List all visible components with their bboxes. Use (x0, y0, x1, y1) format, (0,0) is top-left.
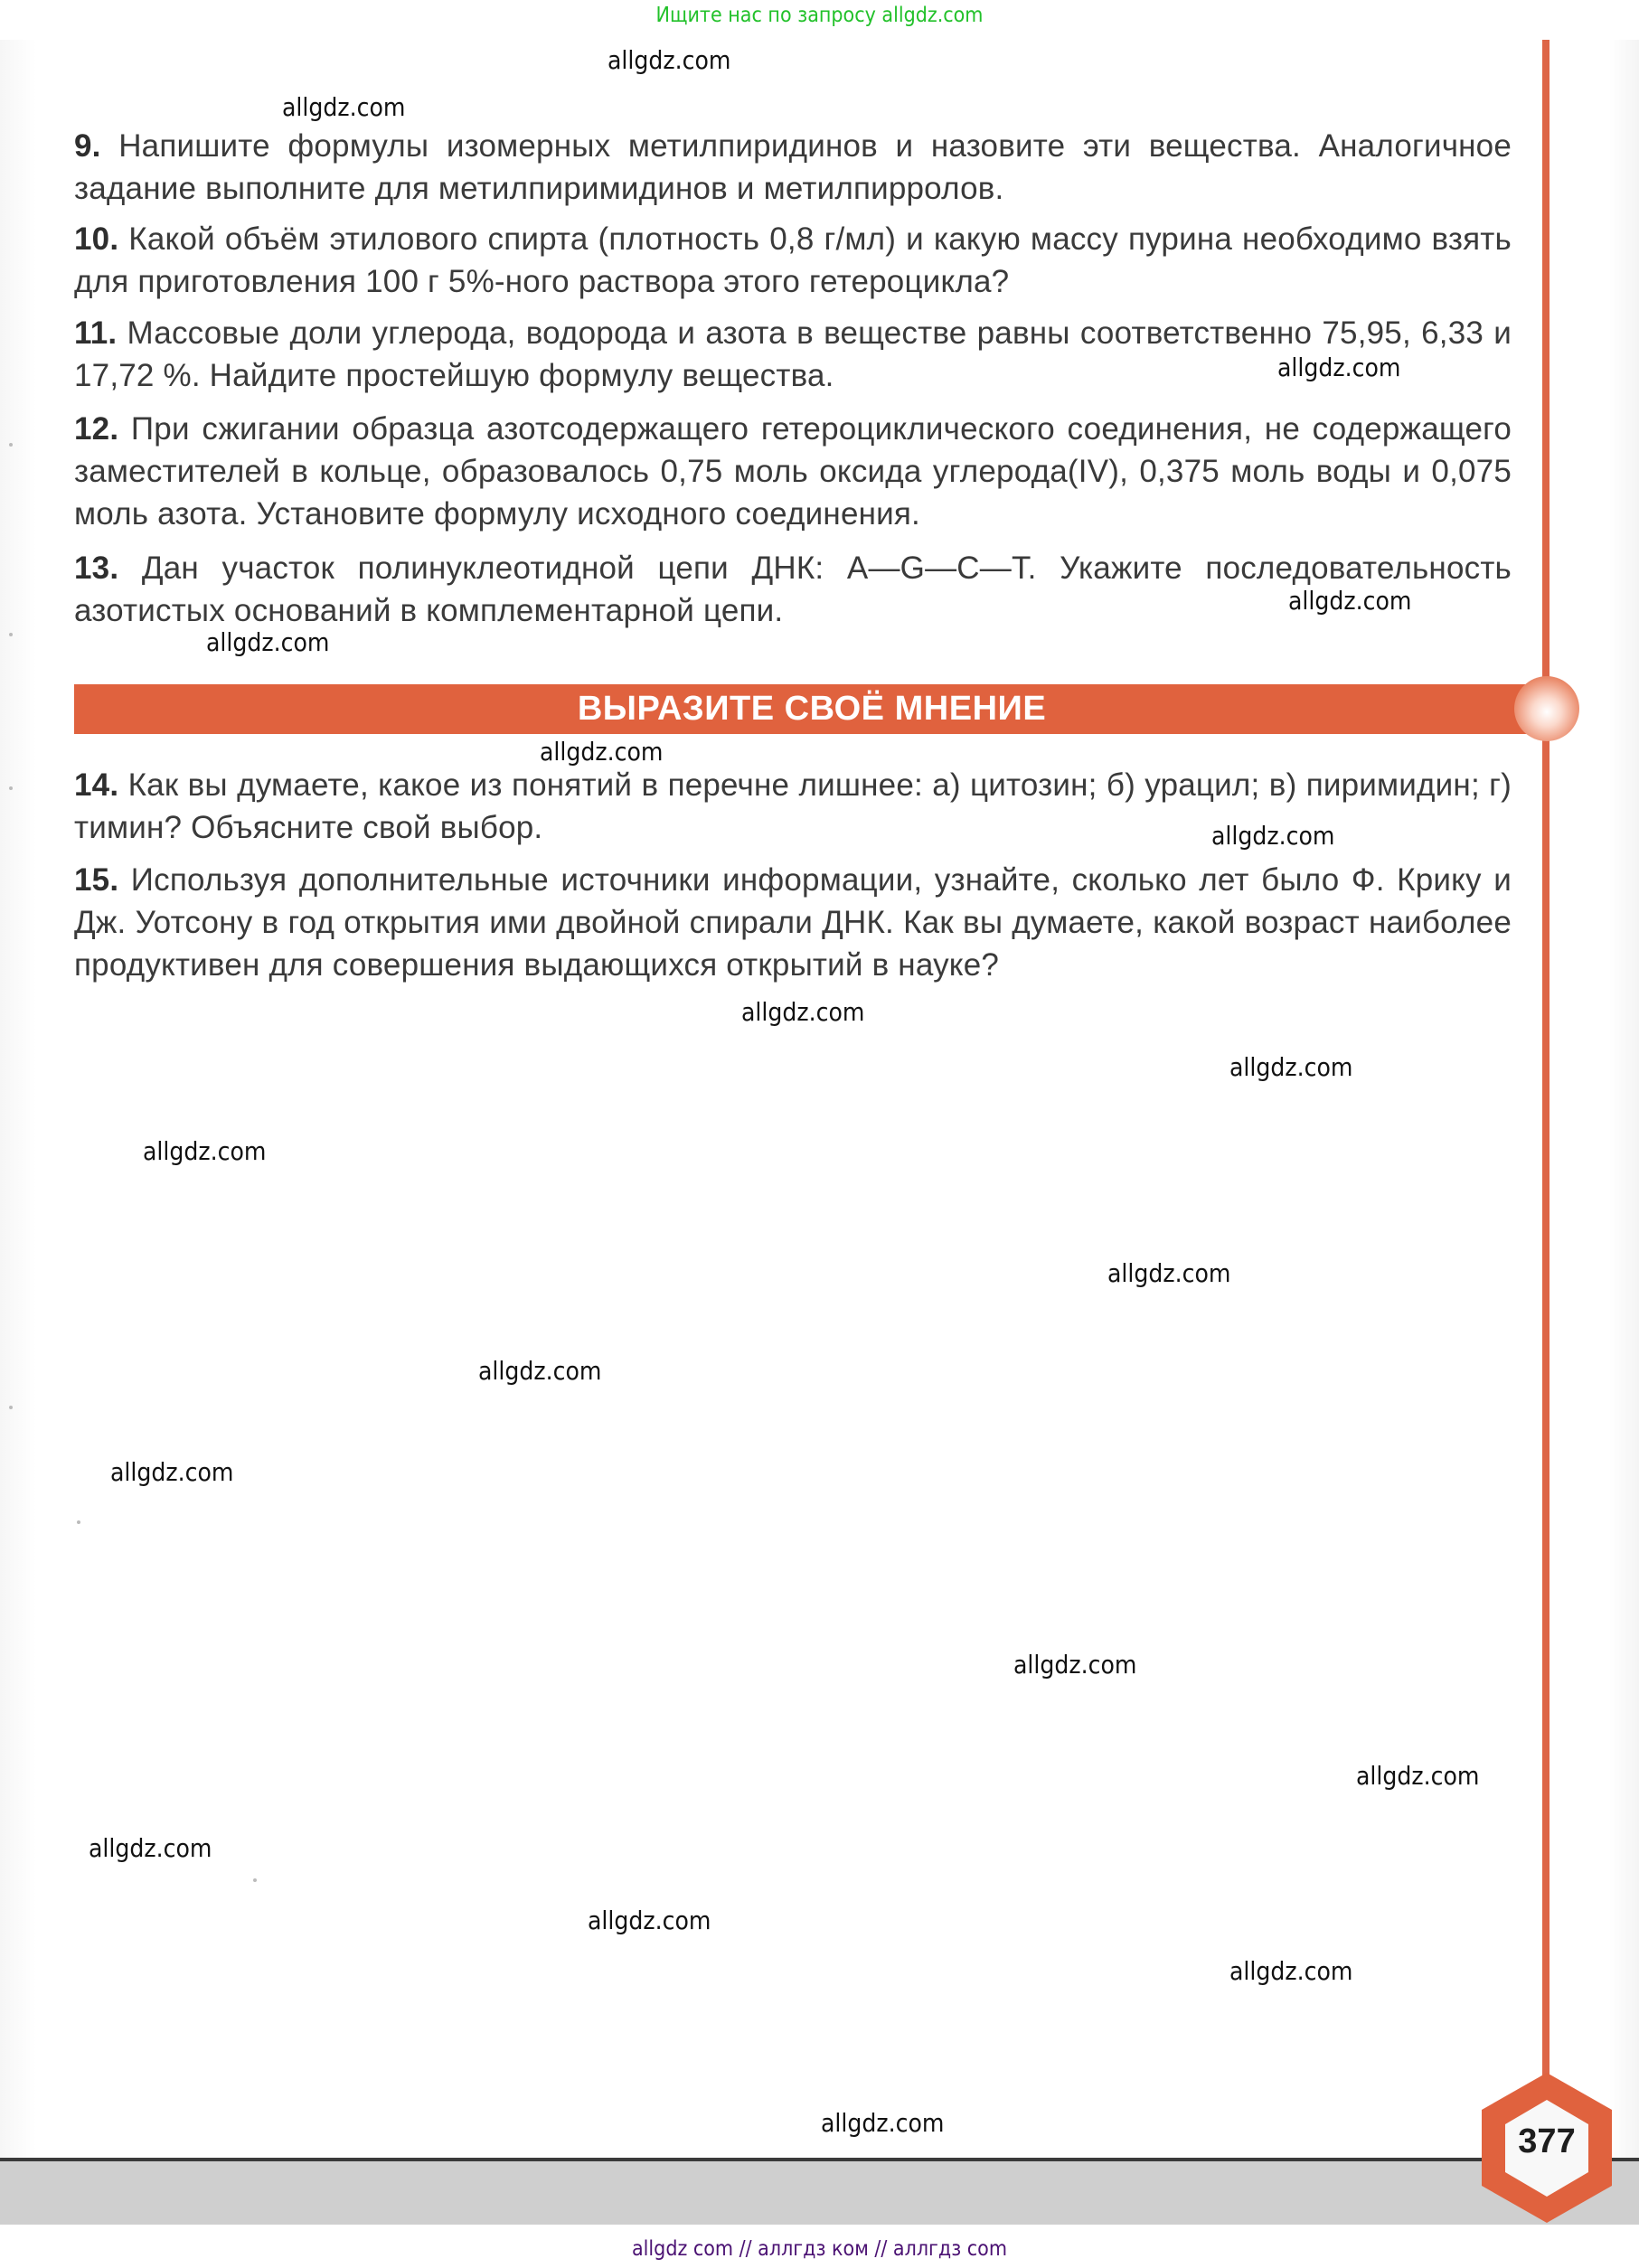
watermark: allgdz.com (1356, 1761, 1479, 1791)
watermark: allgdz.com (588, 1906, 711, 1935)
scan-speck (77, 1520, 80, 1524)
question-text: Напишите формулы изомерных метилпиридино… (74, 128, 1512, 206)
question-number: 12. (74, 411, 118, 447)
question-number: 10. (74, 221, 118, 257)
question-text: Какой объём этилового спирта (плотность … (74, 221, 1512, 299)
sphere-icon (1514, 676, 1579, 741)
watermark: allgdz.com (478, 1356, 601, 1386)
question-10: 10. Какой объём этилового спирта (плотно… (74, 218, 1512, 303)
watermark: allgdz.com (1013, 1650, 1136, 1680)
watermark: allgdz.com (89, 1833, 212, 1863)
scan-speck (9, 1406, 13, 1409)
watermark: allgdz.com (1277, 353, 1400, 382)
question-number: 15. (74, 862, 118, 898)
watermark: allgdz.com (540, 737, 663, 767)
page-bottom-band (0, 2158, 1639, 2225)
watermark: allgdz.com (1229, 1052, 1352, 1082)
watermark: allgdz.com (206, 627, 329, 657)
watermark: allgdz.com (1288, 586, 1411, 616)
question-12: 12. При сжигании образца азотсодержащего… (74, 408, 1512, 535)
scan-speck (9, 443, 13, 447)
question-15: 15. Используя дополнительные источники и… (74, 859, 1512, 986)
watermark: allgdz.com (110, 1457, 233, 1487)
watermark: allgdz.com (1229, 1956, 1352, 1986)
question-number: 13. (74, 551, 118, 586)
question-number: 11. (74, 315, 117, 351)
page-number: 377 (1482, 2122, 1612, 2161)
margin-line (1542, 40, 1550, 683)
question-number: 9. (74, 128, 101, 164)
watermark: allgdz.com (143, 1136, 266, 1166)
question-text: Используя дополнительные источники инфор… (74, 862, 1512, 983)
scan-speck (9, 633, 13, 636)
scan-speck (253, 1878, 257, 1882)
question-number: 14. (74, 767, 118, 803)
watermark: allgdz.com (608, 45, 730, 75)
watermark: allgdz.com (1211, 821, 1334, 851)
watermark: allgdz.com (741, 997, 864, 1027)
margin-line (1542, 734, 1550, 2081)
watermark: allgdz.com (282, 92, 405, 122)
watermark: allgdz.com (1107, 1258, 1230, 1288)
section-title: ВЫРАЗИТЕ СВОЁ МНЕНИЕ (578, 690, 1046, 729)
scan-speck (9, 786, 13, 790)
question-9: 9. Напишите формулы изомерных метилпирид… (74, 125, 1512, 210)
watermark: allgdz.com (821, 2108, 944, 2138)
top-banner[interactable]: Ищите нас по запросу allgdz.com (0, 4, 1639, 27)
section-header: ВЫРАЗИТЕ СВОЁ МНЕНИЕ (74, 684, 1550, 734)
footer-links[interactable]: allgdz com // аллгдз ком // аллгдз com (0, 2237, 1639, 2261)
question-text: При сжигании образца азотсодержащего гет… (74, 411, 1512, 532)
